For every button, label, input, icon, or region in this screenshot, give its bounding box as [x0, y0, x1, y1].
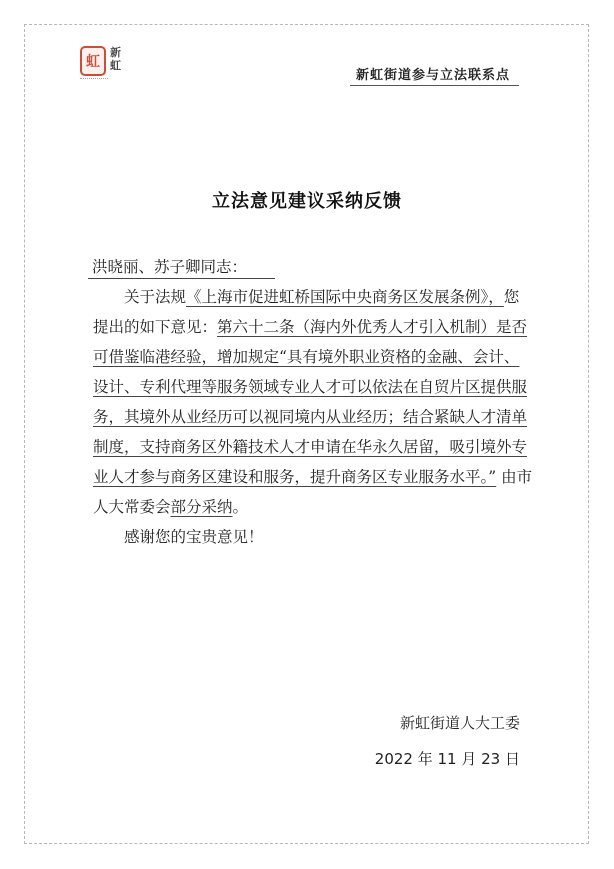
document-body: 洪晓丽、苏子卿同志： 关于法规《上海市促进虹桥国际中央商务区发展条例》，您提出的…	[93, 252, 533, 552]
paragraph-end: 。	[233, 498, 249, 516]
issue-date: 2022 年 11 月 23 日	[375, 741, 520, 777]
logo-text: 新虹	[110, 46, 124, 72]
law-name: 《上海市促进虹桥国际中央商务区发展条例》	[186, 288, 488, 306]
issuer: 新虹街道人大工委	[375, 705, 520, 741]
intro-text: 关于法规	[124, 288, 186, 306]
paragraph-feedback: 关于法规《上海市促进虹桥国际中央商务区发展条例》，您提出的如下意见：第六十二条（…	[93, 282, 533, 522]
document-title: 立法意见建议采纳反馈	[0, 187, 614, 213]
seal-icon: 虹	[80, 46, 106, 76]
salutation: 洪晓丽、苏子卿同志：	[88, 256, 275, 279]
opinion-text: 第六十二条（海内外优秀人才引入机制）是否可借鉴临港经验，增加规定“具有境外职业资…	[93, 318, 527, 486]
seal-glyph: 虹	[86, 51, 100, 71]
logo: 虹 新虹	[80, 46, 140, 86]
header-organization: 新虹街道参与立法联系点	[350, 64, 519, 86]
adoption-status: 部分采纳	[171, 498, 233, 516]
seal-caption	[80, 78, 108, 82]
paragraph-thanks: 感谢您的宝贵意见！	[93, 522, 533, 552]
signature-block: 新虹街道人大工委 2022 年 11 月 23 日	[375, 705, 520, 777]
law-name-comma: ，	[488, 288, 504, 306]
